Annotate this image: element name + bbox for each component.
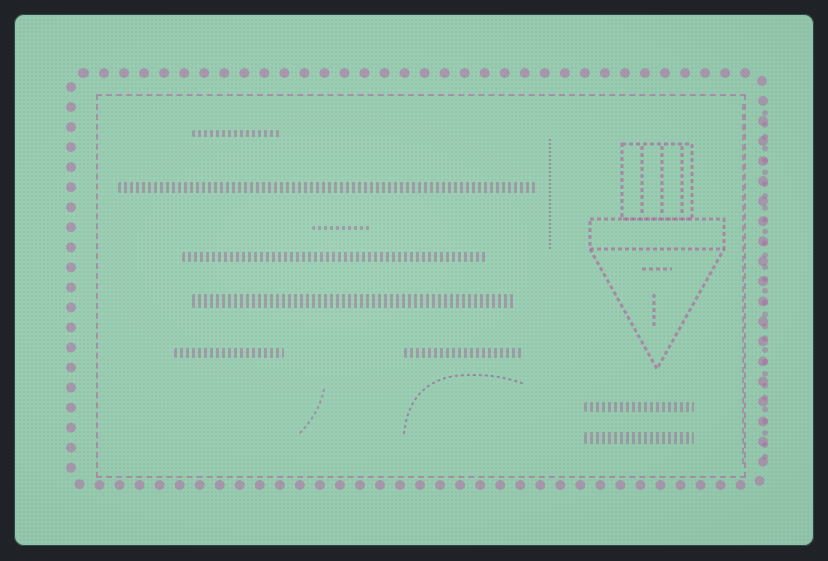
faded-text-line [174, 348, 284, 358]
emblem-separator [549, 139, 553, 249]
faded-text-line [584, 432, 694, 444]
faded-text-line [312, 226, 372, 230]
signature-left [264, 384, 344, 444]
signature-right [384, 364, 554, 444]
right-border-text-column [762, 110, 786, 460]
paper-note [14, 14, 814, 546]
faded-text-line [584, 402, 694, 412]
faded-text-line [182, 252, 487, 262]
triangle-emblem [582, 134, 732, 384]
faded-text-line [192, 130, 282, 137]
right-border-rule [742, 104, 746, 464]
faded-text-line [192, 294, 514, 308]
faded-text-line [118, 182, 538, 193]
faded-text-line [404, 348, 524, 358]
